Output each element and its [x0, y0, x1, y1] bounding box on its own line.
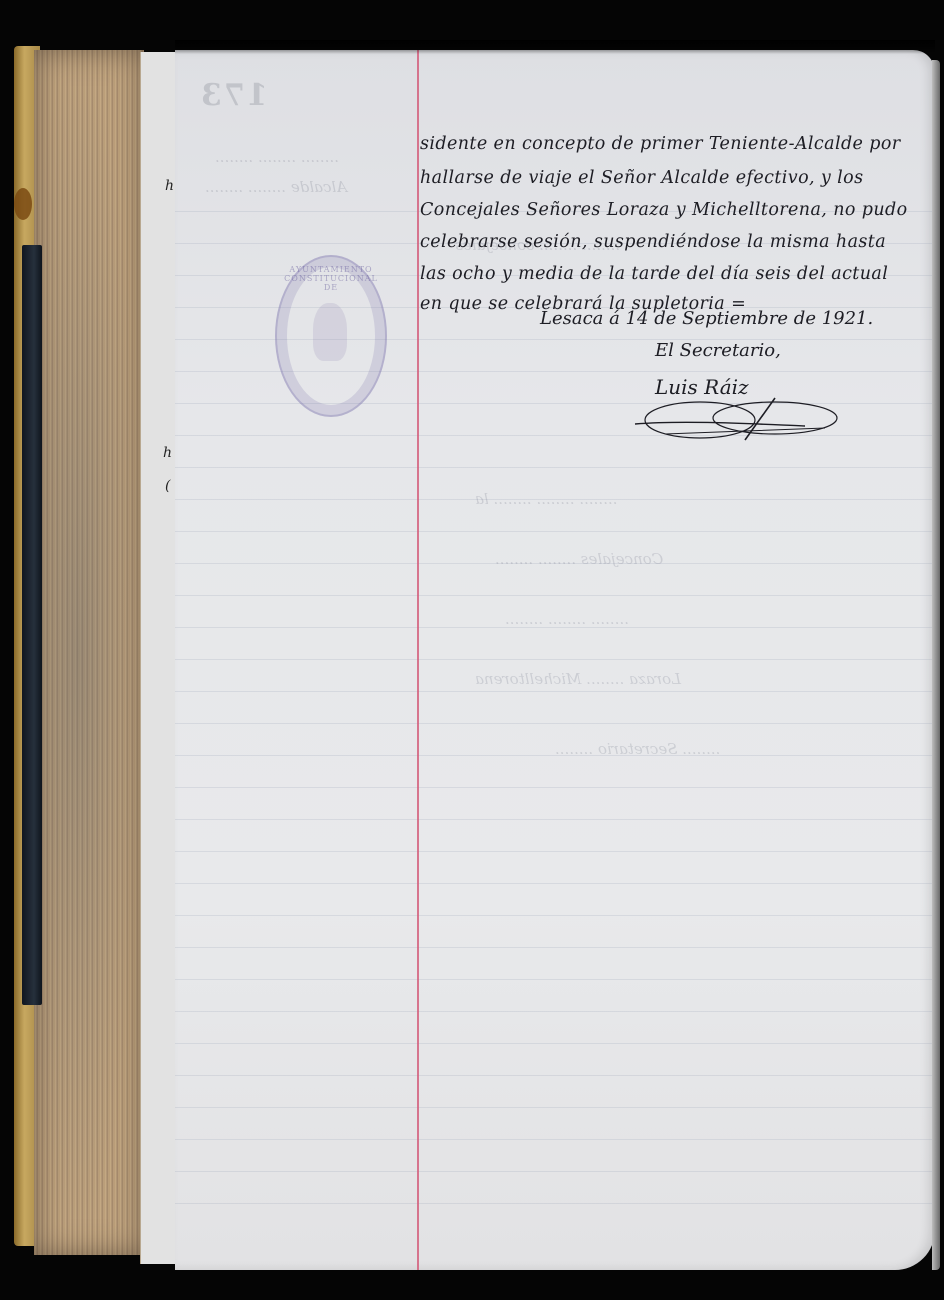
seal-figure-icon — [313, 303, 347, 361]
cover-leather-strip — [22, 245, 42, 1005]
ledger-page: 173 AYUNTAMIENTO CONSTITUCIONAL DE .....… — [175, 50, 935, 1270]
underlying-page-edge — [140, 52, 178, 1264]
page-right-edge — [932, 60, 940, 1270]
signature-flourish-icon — [625, 390, 855, 450]
dateline: Lesaca á 14 de Septiembre de 1921. — [540, 308, 873, 329]
bleed-through-line: Alcalde ........ ........ — [205, 178, 347, 196]
bleed-through-line: ........ ........ ........ — [215, 148, 339, 166]
handwritten-line: sidente en concepto de primer Teniente-A… — [420, 134, 901, 154]
page-number-bleed-through: 173 — [199, 78, 268, 113]
cover-stain — [14, 188, 32, 220]
margin-mark: h — [165, 178, 174, 194]
page-top-shadow — [175, 40, 935, 54]
handwritten-line: Concejales Señores Loraza y Michelltoren… — [420, 200, 908, 220]
page-stack-edge — [34, 50, 144, 1255]
bleed-through-line: ........ Secretario ........ — [555, 740, 720, 758]
book-photograph: 173 AYUNTAMIENTO CONSTITUCIONAL DE .....… — [0, 0, 944, 1300]
bleed-through-line: ........ ........ ........ la — [475, 490, 617, 508]
red-margin-line — [417, 50, 419, 1270]
margin-mark: h — [163, 445, 172, 461]
handwritten-line: hallarse de viaje el Señor Alcalde efect… — [420, 168, 864, 188]
seal-ring-text: AYUNTAMIENTO CONSTITUCIONAL DE — [277, 265, 385, 292]
signatory-title: El Secretario, — [655, 340, 781, 361]
handwritten-line: las ocho y media de la tarde del día sei… — [420, 264, 888, 284]
bleed-through-line: ........ ........ ........ — [505, 610, 629, 628]
margin-mark: ( — [165, 478, 170, 494]
bleed-through-line: Loraza ........ Michelltorena — [475, 670, 681, 688]
handwritten-line: celebrarse sesión, suspendiéndose la mis… — [420, 232, 886, 252]
bleed-through-line: Concejales ........ ........ — [495, 550, 663, 568]
municipal-seal-stamp: AYUNTAMIENTO CONSTITUCIONAL DE — [275, 255, 387, 417]
